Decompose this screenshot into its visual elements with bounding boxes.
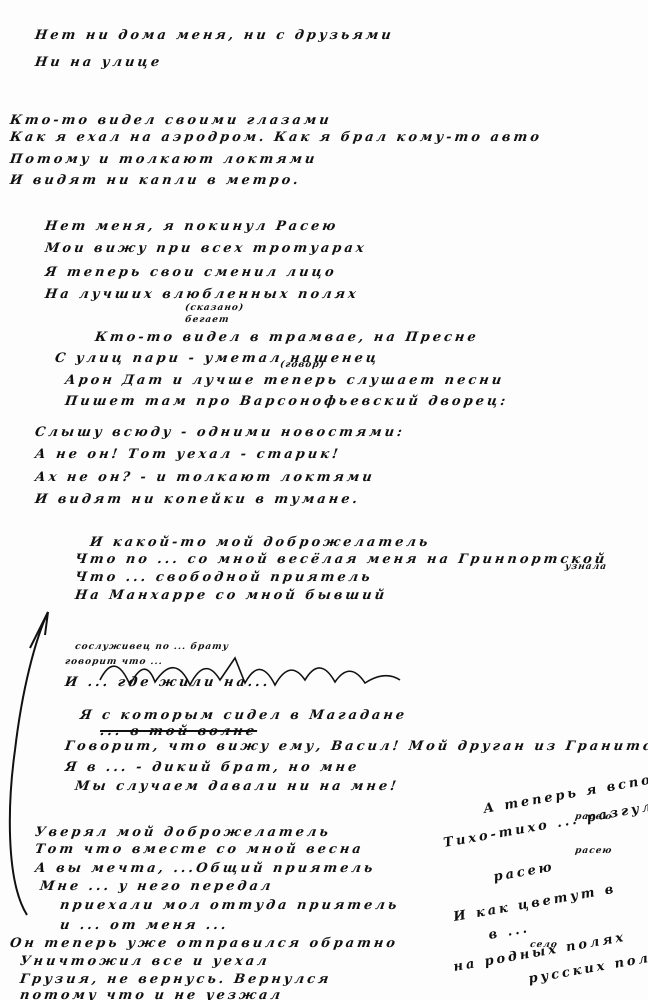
manuscript-line: расею [574, 846, 613, 856]
manuscript-line: А вы мечта, ...Общий приятель [34, 861, 377, 876]
manuscript-line: И какой-то мой доброжелатель [89, 535, 432, 550]
manuscript-line: Нет ни дома меня, ни с друзьями [34, 28, 395, 43]
manuscript-line: Потому и толкают локтями [9, 152, 318, 167]
manuscript-line: (говор) [279, 360, 325, 370]
manuscript-line: Пишет там про Варсонофьевский дворец: [64, 394, 509, 409]
manuscript-line: Ни на улице [34, 55, 163, 70]
manuscript-line: Говорит, что вижу ему, Васил! Мой друган… [64, 739, 648, 754]
scribble-strike-icon [95, 650, 415, 695]
manuscript-line: и ... от меня ... [59, 918, 230, 933]
manuscript-line: Я в ... - дикий брат, но мне [64, 760, 360, 775]
manuscript-line: Как я ехал на аэродром. Как я брал кому-… [9, 130, 543, 145]
manuscript-line: (сказано) [184, 303, 244, 313]
manuscript-line: И видят ни копейки в тумане. [34, 492, 361, 507]
manuscript-line: Я теперь свои сменил лицо [44, 265, 338, 280]
manuscript-line: А не он! Тот уехал - старик! [34, 447, 342, 462]
manuscript-line: в ... [487, 921, 531, 943]
manuscript-line: приехали мол оттуда приятель [59, 898, 401, 913]
manuscript-line: Что ... свободной приятель [74, 570, 374, 585]
manuscript-line: И как цветут в [452, 882, 617, 925]
manuscript-line: бегает [184, 315, 230, 325]
manuscript-line: Я с которым сидел в Магадане [79, 708, 408, 723]
manuscript-line: Мы случаем давали ни на мне! [74, 779, 400, 794]
manuscript-line: ... в той волне [99, 724, 258, 739]
manuscript-line: Тот что вместе со мной весна [34, 842, 365, 857]
manuscript-line: Арон Дат и лучше теперь слушает песни [64, 373, 505, 388]
manuscript-line: Он теперь уже отправился обратно [9, 936, 399, 951]
manuscript-line: Кто-то видел в трамвае, на Пресне [94, 330, 480, 345]
manuscript-line: Уничтожил все и уехал [19, 954, 271, 969]
manuscript-line: Ах не он? - и толкают локтями [34, 470, 376, 485]
manuscript-line: Грузия, не вернусь. Вернулся [19, 972, 332, 987]
manuscript-line: расею [492, 860, 555, 885]
manuscript-line: потому что и не уезжал [19, 988, 284, 1000]
margin-arrow-icon [0, 600, 80, 930]
manuscript-line: Мои вижу при всех тротуарах [44, 241, 368, 256]
manuscript-line: Нет меня, я покинул Расею [44, 219, 339, 234]
manuscript-line: узнала [564, 562, 607, 572]
manuscript-line: Слышу всюду - одними новостями: [34, 425, 406, 440]
manuscript-line: На лучших влюбленных полях [44, 287, 360, 302]
manuscript-line: И видят ни капли в метро. [9, 173, 302, 188]
manuscript-line: На Манхарре со мной бывший [74, 588, 388, 603]
manuscript-line: С улиц пари - уметал нашенец [54, 351, 380, 366]
manuscript-line: Кто-то видел своими глазами [9, 113, 333, 128]
manuscript-line: Что по ... со мной весёлая меня на Гринп… [74, 552, 608, 567]
